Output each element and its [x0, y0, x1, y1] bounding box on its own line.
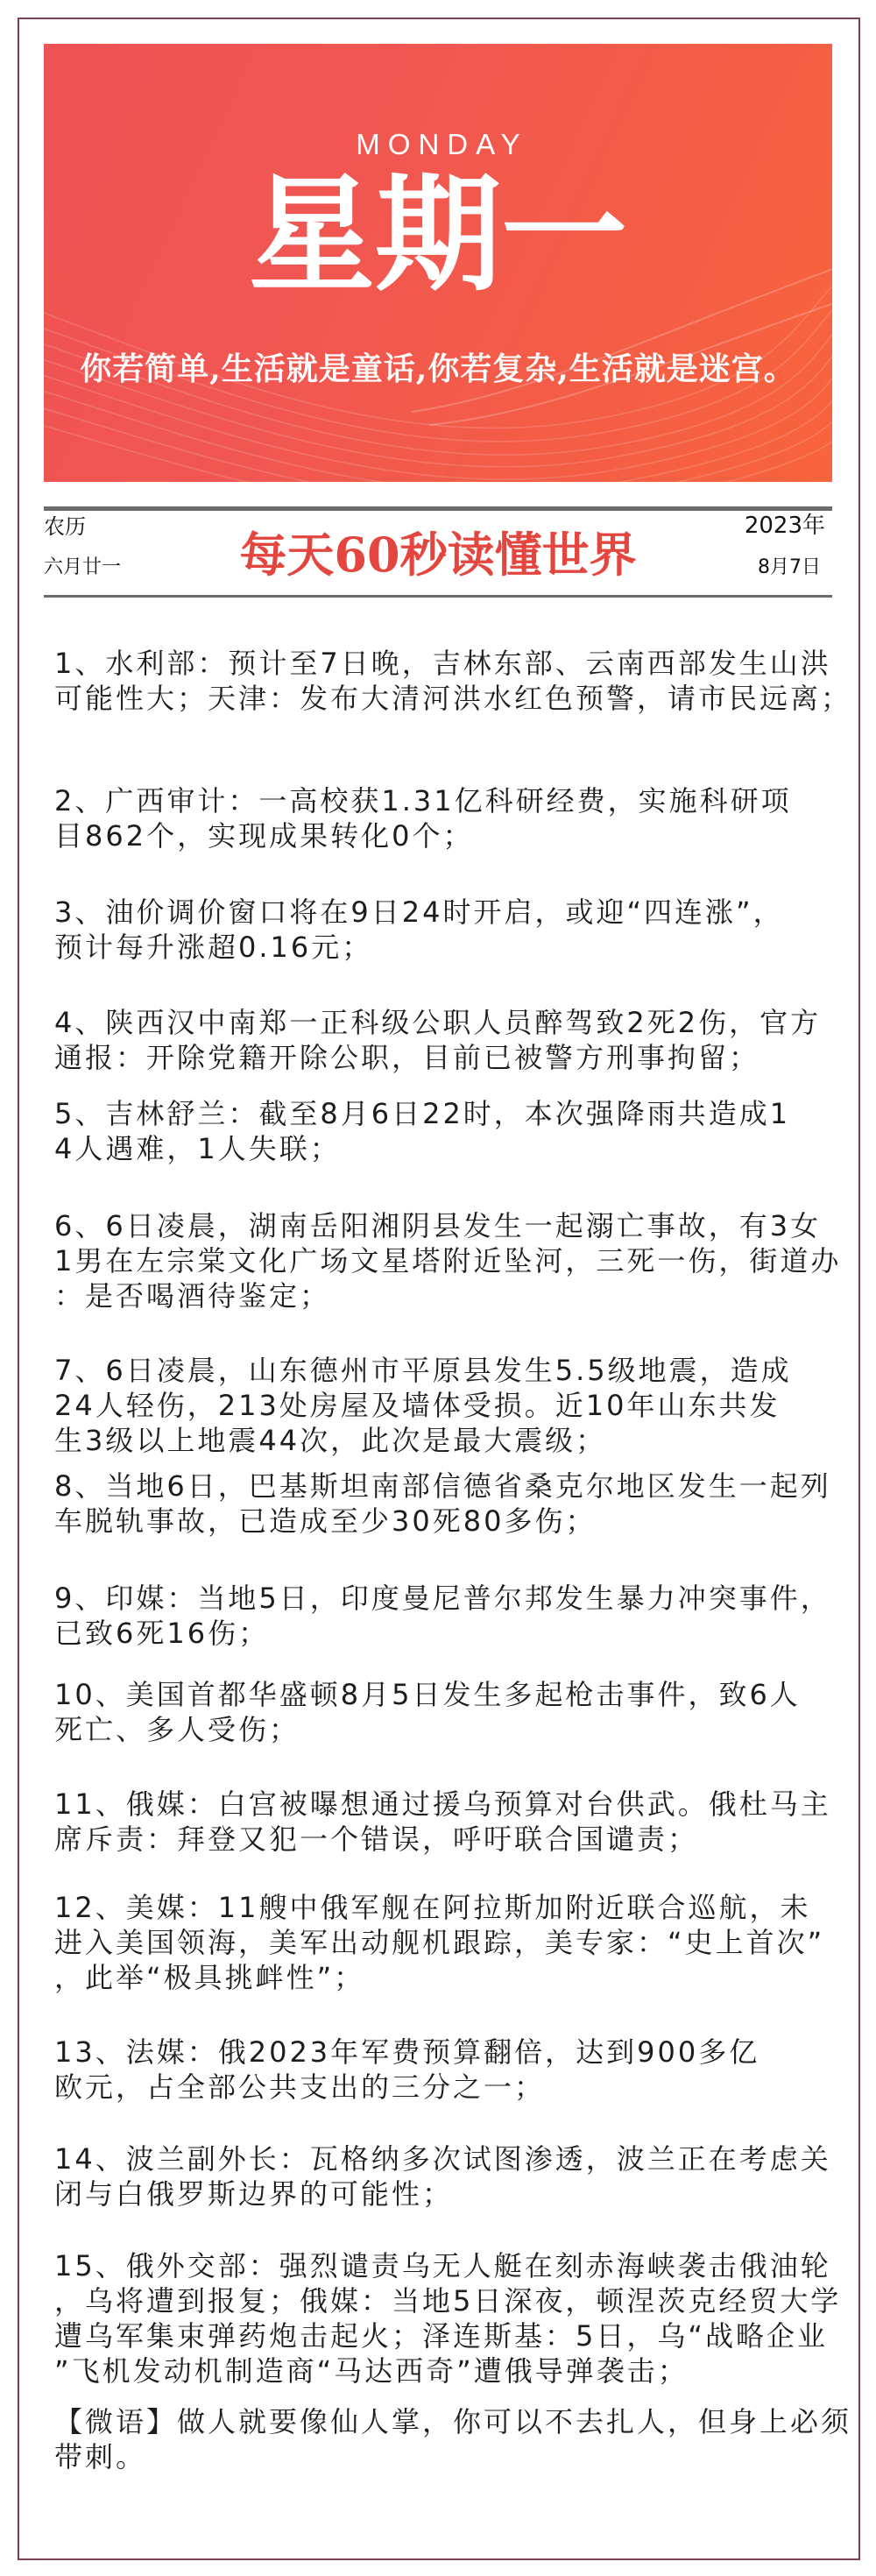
- weekday-english: MONDAY: [44, 127, 832, 162]
- header-bottom-rule: [44, 595, 832, 598]
- lunar-date: 六月廿一: [44, 555, 121, 581]
- news-line: 13、法媒：俄2023年军费预算翻倍，达到900多亿: [54, 2035, 759, 2070]
- news-item-15: 15、俄外交部：强烈谴责乌无人艇在刻赤海峡袭击俄油轮 ，乌将遭到报复；俄媒：当地…: [54, 2248, 841, 2388]
- news-line: 死亡、多人受伤；: [54, 1712, 801, 1747]
- news-line: ，此举“极具挑衅性”；: [54, 1960, 824, 1995]
- news-item-11: 11、俄媒：白宫被曝想通过援乌预算对台供武。俄杜马主 席斥责：拜登又犯一个错误，…: [54, 1787, 831, 1857]
- lunar-calendar-label: 农历: [44, 513, 86, 540]
- news-line: 4、陕西汉中南郑一正科级公职人员醉驾致2死2伤，官方: [54, 1005, 821, 1040]
- news-line: 1、水利部：预计至7日晚，吉林东部、云南西部发生山洪: [54, 646, 851, 681]
- news-line: 闭与白俄罗斯边界的可能性；: [54, 2176, 831, 2212]
- news-line: 席斥责：拜登又犯一个错误，呼吁联合国谴责；: [54, 1822, 831, 1857]
- news-line: 11、俄媒：白宫被曝想通过援乌预算对台供武。俄杜马主: [54, 1787, 831, 1822]
- news-line: 24人轻伤，213处房屋及墙体受损。近10年山东共发: [54, 1388, 792, 1423]
- page-title: 每天60秒读懂世界: [175, 527, 701, 582]
- news-line: 12、美媒：11艘中俄军舰在阿拉斯加附近联合巡航，未: [54, 1890, 824, 1925]
- news-line: 2、广西审计：一高校获1.31亿科研经费，实施科研项: [54, 783, 792, 818]
- news-item-5: 5、吉林舒兰：截至8月6日22时，本次强降雨共造成1 4人遇难，1人失联；: [54, 1096, 790, 1166]
- news-item-1: 1、水利部：预计至7日晚，吉林东部、云南西部发生山洪 可能性大；天津：发布大清河…: [54, 646, 851, 716]
- header-top-rule: [44, 506, 832, 511]
- daily-quote: 【微语】做人就要像仙人掌，你可以不去扎人，但身上必须 带刺。: [54, 2404, 851, 2474]
- news-item-10: 10、美国首都华盛顿8月5日发生多起枪击事件，致6人 死亡、多人受伤；: [54, 1677, 801, 1747]
- motto-text: 你若简单,生活就是童话,你若复杂,生活就是迷宫。: [44, 350, 832, 388]
- news-item-3: 3、油价调价窗口将在9日24时开启，或迎“四连涨”， 预计每升涨超0.16元；: [54, 895, 784, 965]
- news-item-7: 7、6日凌晨，山东德州市平原县发生5.5级地震，造成 24人轻伤，213处房屋及…: [54, 1353, 792, 1458]
- news-item-9: 9、印媒：当地5日，印度曼尼普尔邦发生暴力冲突事件， 已致6死16伤；: [54, 1581, 831, 1651]
- date-month-day: 8月7日: [758, 555, 821, 581]
- news-line: 欧元，占全部公共支出的三分之一；: [54, 2070, 759, 2105]
- quote-line: 带刺。: [54, 2439, 851, 2474]
- news-line: 车脱轨事故，已造成至少30死80多伤；: [54, 1504, 831, 1539]
- news-line: 进入美国领海，美军出动舰机跟踪，美专家：“史上首次”: [54, 1925, 824, 1960]
- news-item-4: 4、陕西汉中南郑一正科级公职人员醉驾致2死2伤，官方 通报：开除党籍开除公职，目…: [54, 1005, 821, 1075]
- news-line: ，乌将遭到报复；俄媒：当地5日深夜，顿涅茨克经贸大学: [54, 2283, 841, 2318]
- date-year: 2023年: [745, 512, 825, 540]
- news-item-2: 2、广西审计：一高校获1.31亿科研经费，实施科研项 目862个，实现成果转化0…: [54, 783, 792, 853]
- news-line: ：是否喝酒待鉴定；: [54, 1278, 841, 1313]
- news-line: 4人遇难，1人失联；: [54, 1131, 790, 1166]
- news-line: 遭乌军集束弹药炮击起火；泽连斯基：5日，乌“战略企业: [54, 2318, 841, 2353]
- news-line: 14、波兰副外长：瓦格纳多次试图渗透，波兰正在考虑关: [54, 2141, 831, 2176]
- news-item-13: 13、法媒：俄2023年军费预算翻倍，达到900多亿 欧元，占全部公共支出的三分…: [54, 2035, 759, 2105]
- news-item-12: 12、美媒：11艘中俄军舰在阿拉斯加附近联合巡航，未 进入美国领海，美军出动舰机…: [54, 1890, 824, 1995]
- news-line: 1男在左宗棠文化广场文星塔附近坠河，三死一伤，街道办: [54, 1243, 841, 1278]
- news-item-14: 14、波兰副外长：瓦格纳多次试图渗透，波兰正在考虑关 闭与白俄罗斯边界的可能性；: [54, 2141, 831, 2212]
- news-line: 9、印媒：当地5日，印度曼尼普尔邦发生暴力冲突事件，: [54, 1581, 831, 1616]
- news-line: 已致6死16伤；: [54, 1616, 831, 1651]
- news-item-8: 8、当地6日，巴基斯坦南部信德省桑克尔地区发生一起列 车脱轨事故，已造成至少30…: [54, 1468, 831, 1539]
- news-line: 15、俄外交部：强烈谴责乌无人艇在刻赤海峡袭击俄油轮: [54, 2248, 841, 2283]
- weekday-banner: MONDAY 星期一 你若简单,生活就是童话,你若复杂,生活就是迷宫。: [44, 44, 832, 482]
- weekday-chinese: 星期一: [44, 172, 832, 298]
- news-line: 预计每升涨超0.16元；: [54, 930, 784, 965]
- news-line: 5、吉林舒兰：截至8月6日22时，本次强降雨共造成1: [54, 1096, 790, 1131]
- news-line: 3、油价调价窗口将在9日24时开启，或迎“四连涨”，: [54, 895, 784, 930]
- news-line: ”飞机发动机制造商“马达西奇”遭俄导弹袭击；: [54, 2353, 841, 2388]
- news-line: 生3级以上地震44次，此次是最大震级；: [54, 1423, 792, 1458]
- news-line: 10、美国首都华盛顿8月5日发生多起枪击事件，致6人: [54, 1677, 801, 1712]
- news-item-6: 6、6日凌晨，湖南岳阳湘阴县发生一起溺亡事故，有3女 1男在左宗棠文化广场文星塔…: [54, 1208, 841, 1313]
- news-line: 8、当地6日，巴基斯坦南部信德省桑克尔地区发生一起列: [54, 1468, 831, 1504]
- news-line: 可能性大；天津：发布大清河洪水红色预警，请市民远离；: [54, 681, 851, 716]
- quote-line: 【微语】做人就要像仙人掌，你可以不去扎人，但身上必须: [54, 2404, 851, 2439]
- news-line: 7、6日凌晨，山东德州市平原县发生5.5级地震，造成: [54, 1353, 792, 1388]
- news-line: 6、6日凌晨，湖南岳阳湘阴县发生一起溺亡事故，有3女: [54, 1208, 841, 1243]
- news-line: 通报：开除党籍开除公职，目前已被警方刑事拘留；: [54, 1040, 821, 1075]
- news-line: 目862个，实现成果转化0个；: [54, 818, 792, 853]
